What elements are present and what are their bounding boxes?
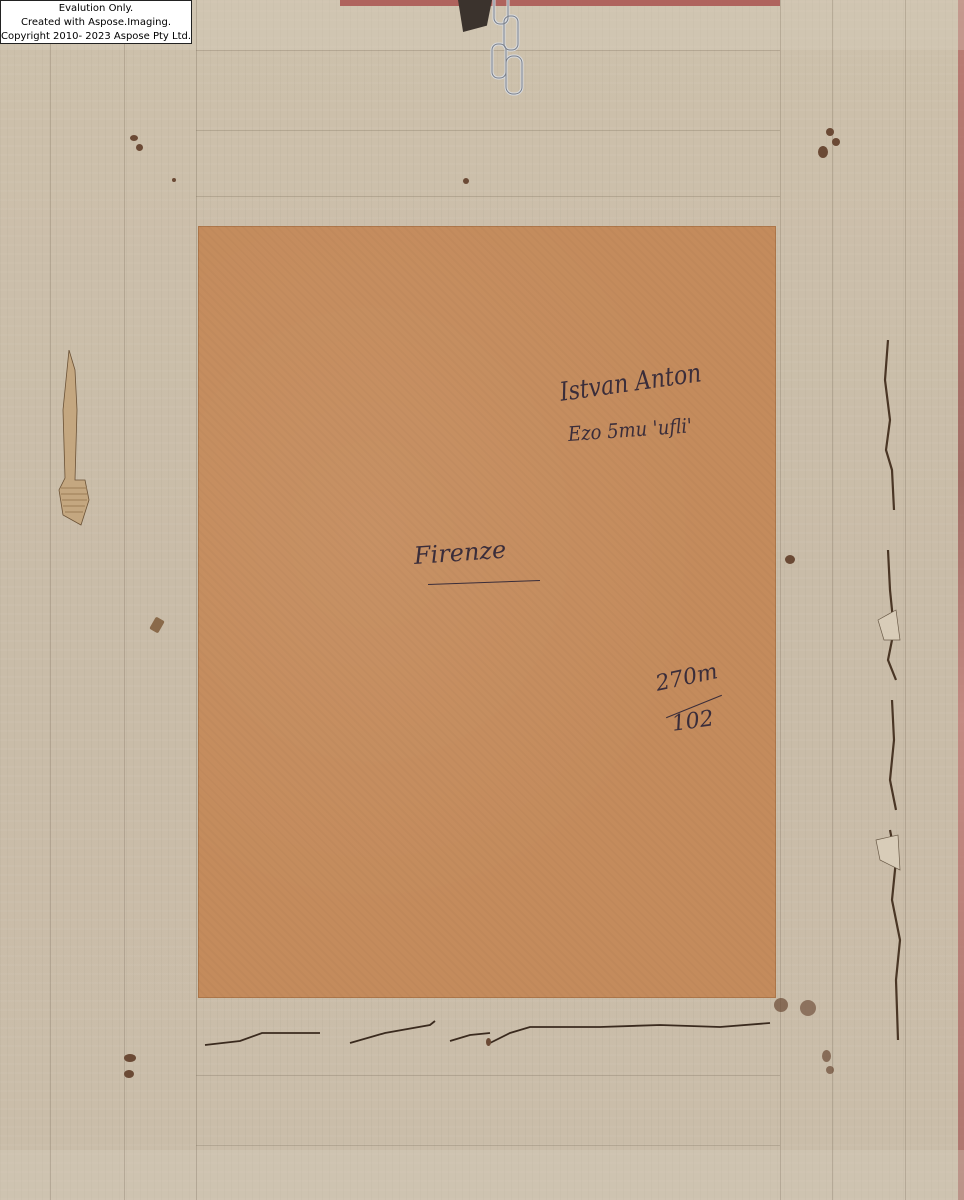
red-frame-edge-right — [958, 0, 964, 1200]
stain — [172, 178, 176, 182]
watermark-line: Created with Aspose.Imaging. — [1, 16, 191, 30]
stain — [463, 178, 469, 184]
seam — [832, 0, 833, 1200]
stain — [486, 1038, 491, 1046]
stain — [832, 138, 840, 146]
stain — [822, 1050, 831, 1062]
stain — [826, 128, 834, 136]
seam — [196, 1075, 780, 1076]
torn-cardboard-right — [870, 340, 910, 1080]
brown-hardboard-panel — [198, 226, 776, 998]
seam — [124, 0, 125, 1200]
torn-cardboard-left — [55, 350, 95, 530]
watermark-line: Copyright 2010- 2023 Aspose Pty Ltd. — [1, 30, 191, 44]
watermark-line: Evalution Only. — [1, 2, 191, 16]
stain — [136, 144, 143, 151]
seam — [196, 130, 780, 131]
stain — [826, 1066, 834, 1074]
seam — [196, 1145, 780, 1146]
seam — [50, 0, 51, 1200]
stain — [130, 135, 138, 141]
seam — [196, 196, 780, 197]
stain — [818, 146, 828, 158]
seam — [780, 0, 781, 1200]
stain — [785, 555, 795, 564]
watermark-box: Evalution Only. Created with Aspose.Imag… — [0, 0, 192, 44]
seam — [196, 0, 197, 1200]
stain — [774, 998, 788, 1012]
cardboard-crack — [200, 1015, 780, 1055]
cardboard-band-bottom — [0, 1150, 964, 1200]
stain — [124, 1070, 134, 1078]
stain — [800, 1000, 816, 1016]
stain — [124, 1054, 136, 1062]
chain-icon — [486, 0, 528, 98]
